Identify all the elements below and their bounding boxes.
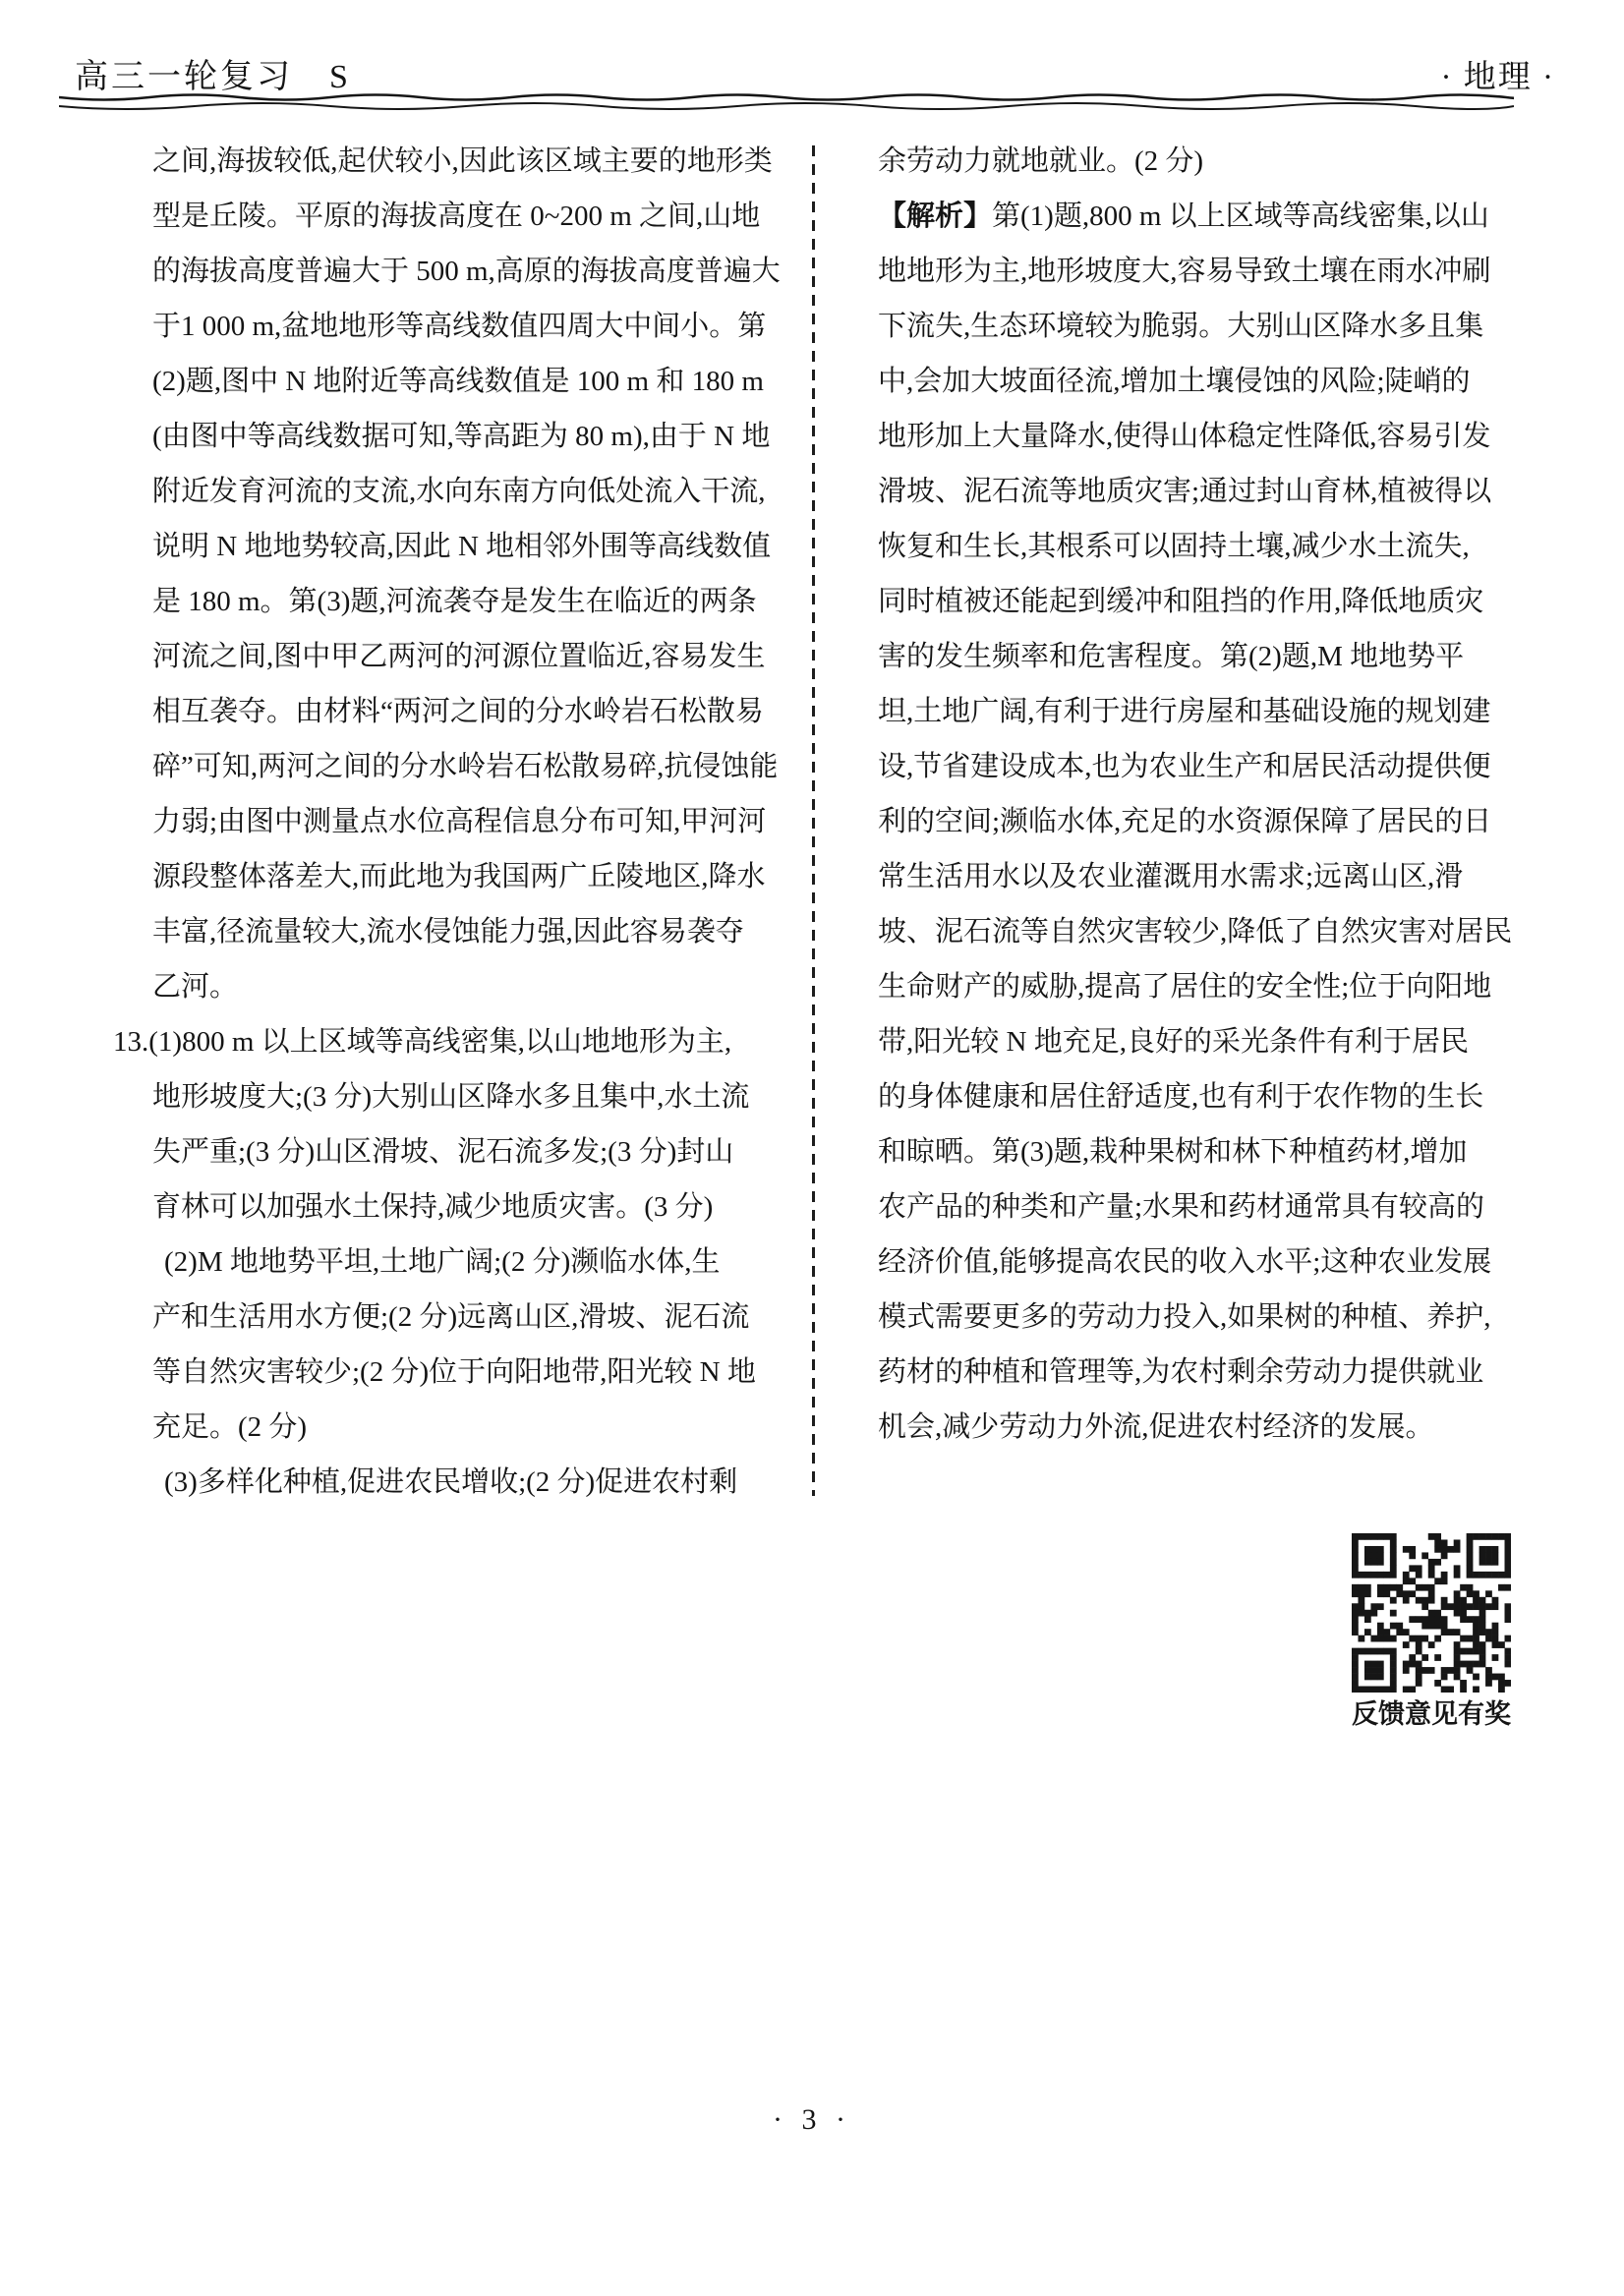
text-line: 坦,土地广阔,有利于进行房屋和基础设施的规划建 (878, 684, 1556, 739)
column-divider (812, 145, 815, 1496)
line-text: 害的发生频率和危害程度。第(2)题,M 地地势平 (878, 641, 1464, 672)
text-line: 13.(1)800 m 以上区域等高线密集,以山地地形为主, (113, 1014, 831, 1069)
text-line: 和晾晒。第(3)题,栽种果树和林下种植药材,增加 (878, 1124, 1556, 1179)
line-text: 农产品的种类和产量;水果和药材通常具有较高的 (878, 1191, 1484, 1223)
line-text: 和晾晒。第(3)题,栽种果树和林下种植药材,增加 (878, 1136, 1467, 1168)
line-text: 之间,海拔较低,起伏较小,因此该区域主要的地形类 (152, 145, 773, 177)
line-text: (2)题,图中 N 地附近等高线数值是 100 m 和 180 m (152, 366, 764, 397)
text-line: 经济价值,能够提高农民的收入水平;这种农业发展 (878, 1234, 1556, 1290)
line-text: 机会,减少劳动力外流,促进农村经济的发展。 (878, 1411, 1434, 1443)
line-text: 下流失,生态环境较为脆弱。大别山区降水多且集 (878, 311, 1483, 342)
text-line: (由图中等高线数据可知,等高距为 80 m),由于 N 地 (152, 409, 831, 464)
right-column: 余劳动力就地就业。(2 分)【解析】第(1)题,800 m 以上区域等高线密集,… (878, 134, 1556, 1455)
text-line: 乙河。 (152, 959, 831, 1014)
line-text: 第(1)题,800 m 以上区域等高线密集,以山 (992, 201, 1489, 232)
text-line: (2)M 地地势平坦,土地广阔;(2 分)濒临水体,生 (164, 1234, 831, 1290)
line-text: 河流之间,图中甲乙两河的河源位置临近,容易发生 (152, 641, 766, 672)
line-text: 碎”可知,两河之间的分水岭岩石松散易碎,抗侵蚀能 (152, 751, 778, 782)
line-text: 常生活用水以及农业灌溉用水需求;远离山区,滑 (878, 861, 1463, 892)
line-text: 坡、泥石流等自然灾害较少,降低了自然灾害对居民 (878, 916, 1512, 947)
text-line: 地形加上大量降水,使得山体稳定性降低,容易引发 (878, 409, 1556, 464)
line-text: 源段整体落差大,而此地为我国两广丘陵地区,降水 (152, 861, 766, 892)
line-text: 的身体健康和居住舒适度,也有利于农作物的生长 (878, 1081, 1483, 1113)
text-line: 说明 N 地地势较高,因此 N 地相邻外围等高线数值 (152, 519, 831, 574)
text-line: 型是丘陵。平原的海拔高度在 0~200 m 之间,山地 (152, 189, 831, 244)
text-line: 的身体健康和居住舒适度,也有利于农作物的生长 (878, 1069, 1556, 1124)
line-text: 乙河。 (152, 971, 238, 1003)
qr-caption: 反馈意见有奖 (1337, 1693, 1526, 1731)
line-text: (由图中等高线数据可知,等高距为 80 m),由于 N 地 (152, 421, 770, 452)
line-text: 力弱;由图中测量点水位高程信息分布可知,甲河河 (152, 806, 766, 837)
header-rule (59, 88, 1514, 118)
page-number: · 3 · (0, 2103, 1624, 2137)
line-text: 说明 N 地地势较高,因此 N 地相邻外围等高线数值 (152, 531, 771, 562)
text-line: 附近发育河流的支流,水向东南方向低处流入干流, (152, 464, 831, 519)
text-line: 地地形为主,地形坡度大,容易导致土壤在雨水冲刷 (878, 244, 1556, 299)
line-text: 相互袭夺。由材料“两河之间的分水岭岩石松散易 (152, 696, 764, 727)
text-line: 设,节省建设成本,也为农业生产和居民活动提供便 (878, 739, 1556, 794)
left-column: 之间,海拔较低,起伏较小,因此该区域主要的地形类型是丘陵。平原的海拔高度在 0~… (152, 134, 831, 1510)
text-line: 中,会加大坡面径流,增加土壤侵蚀的风险;陡峭的 (878, 354, 1556, 409)
line-text: 恢复和生长,其根系可以固持土壤,减少水土流失, (878, 531, 1470, 562)
line-text: 同时植被还能起到缓冲和阻挡的作用,降低地质灾 (878, 586, 1483, 617)
text-line: 碎”可知,两河之间的分水岭岩石松散易碎,抗侵蚀能 (152, 739, 831, 794)
text-line: 药材的种植和管理等,为农村剩余劳动力提供就业 (878, 1345, 1556, 1400)
line-text: 丰富,径流量较大,流水侵蚀能力强,因此容易袭夺 (152, 916, 744, 947)
line-text: 带,阳光较 N 地充足,良好的采光条件有利于居民 (878, 1026, 1469, 1058)
line-text: 充足。(2 分) (152, 1411, 307, 1443)
text-line: 失严重;(3 分)山区滑坡、泥石流多发;(3 分)封山 (152, 1124, 831, 1179)
text-line: 力弱;由图中测量点水位高程信息分布可知,甲河河 (152, 794, 831, 849)
qr-code (1352, 1533, 1511, 1693)
text-line: (2)题,图中 N 地附近等高线数值是 100 m 和 180 m (152, 354, 831, 409)
text-line: 【解析】第(1)题,800 m 以上区域等高线密集,以山 (878, 189, 1556, 244)
line-text: 于1 000 m,盆地地形等高线数值四周大中间小。第 (152, 311, 766, 342)
line-text: 附近发育河流的支流,水向东南方向低处流入干流, (152, 476, 766, 507)
line-text: 坦,土地广阔,有利于进行房屋和基础设施的规划建 (878, 696, 1491, 727)
text-line: 余劳动力就地就业。(2 分) (878, 134, 1556, 189)
line-text: 失严重;(3 分)山区滑坡、泥石流多发;(3 分)封山 (152, 1136, 733, 1168)
line-text: 利的空间;濒临水体,充足的水资源保障了居民的日 (878, 806, 1491, 837)
line-text: 设,节省建设成本,也为农业生产和居民活动提供便 (878, 751, 1491, 782)
line-text: 地地形为主,地形坡度大,容易导致土壤在雨水冲刷 (878, 256, 1491, 287)
text-line: 农产品的种类和产量;水果和药材通常具有较高的 (878, 1179, 1556, 1234)
text-line: 源段整体落差大,而此地为我国两广丘陵地区,降水 (152, 849, 831, 904)
line-text: (3)多样化种植,促进农民增收;(2 分)促进农村剩 (164, 1466, 737, 1498)
text-line: 利的空间;濒临水体,充足的水资源保障了居民的日 (878, 794, 1556, 849)
line-text: 等自然灾害较少;(2 分)位于向阳地带,阳光较 N 地 (152, 1356, 756, 1388)
text-line: 常生活用水以及农业灌溉用水需求;远离山区,滑 (878, 849, 1556, 904)
line-text: 13.(1)800 m 以上区域等高线密集,以山地地形为主, (113, 1026, 731, 1058)
text-line: 河流之间,图中甲乙两河的河源位置临近,容易发生 (152, 629, 831, 684)
text-line: 带,阳光较 N 地充足,良好的采光条件有利于居民 (878, 1014, 1556, 1069)
line-text: 中,会加大坡面径流,增加土壤侵蚀的风险;陡峭的 (878, 366, 1471, 397)
text-line: 产和生活用水方便;(2 分)远离山区,滑坡、泥石流 (152, 1290, 831, 1345)
text-line: 害的发生频率和危害程度。第(2)题,M 地地势平 (878, 629, 1556, 684)
text-line: 模式需要更多的劳动力投入,如果树的种植、养护, (878, 1290, 1556, 1345)
bold-label: 【解析】 (878, 201, 992, 232)
line-text: 育林可以加强水土保持,减少地质灾害。(3 分) (152, 1191, 713, 1223)
text-line: 恢复和生长,其根系可以固持土壤,减少水土流失, (878, 519, 1556, 574)
line-text: 型是丘陵。平原的海拔高度在 0~200 m 之间,山地 (152, 201, 760, 232)
text-line: 等自然灾害较少;(2 分)位于向阳地带,阳光较 N 地 (152, 1345, 831, 1400)
text-line: 同时植被还能起到缓冲和阻挡的作用,降低地质灾 (878, 574, 1556, 629)
line-text: 是 180 m。第(3)题,河流袭夺是发生在临近的两条 (152, 586, 757, 617)
text-line: (3)多样化种植,促进农民增收;(2 分)促进农村剩 (164, 1455, 831, 1510)
text-line: 充足。(2 分) (152, 1400, 831, 1455)
line-text: 地形坡度大;(3 分)大别山区降水多且集中,水土流 (152, 1081, 749, 1113)
text-line: 于1 000 m,盆地地形等高线数值四周大中间小。第 (152, 299, 831, 354)
text-line: 是 180 m。第(3)题,河流袭夺是发生在临近的两条 (152, 574, 831, 629)
text-line: 生命财产的威胁,提高了居住的安全性;位于向阳地 (878, 959, 1556, 1014)
line-text: (2)M 地地势平坦,土地广阔;(2 分)濒临水体,生 (164, 1246, 720, 1278)
line-text: 余劳动力就地就业。(2 分) (878, 145, 1203, 177)
text-line: 机会,减少劳动力外流,促进农村经济的发展。 (878, 1400, 1556, 1455)
line-text: 的海拔高度普遍大于 500 m,高原的海拔高度普遍大 (152, 256, 781, 287)
line-text: 产和生活用水方便;(2 分)远离山区,滑坡、泥石流 (152, 1301, 749, 1333)
text-line: 的海拔高度普遍大于 500 m,高原的海拔高度普遍大 (152, 244, 831, 299)
text-line: 相互袭夺。由材料“两河之间的分水岭岩石松散易 (152, 684, 831, 739)
line-text: 模式需要更多的劳动力投入,如果树的种植、养护, (878, 1301, 1491, 1333)
line-text: 滑坡、泥石流等地质灾害;通过封山育林,植被得以 (878, 476, 1491, 507)
line-text: 地形加上大量降水,使得山体稳定性降低,容易引发 (878, 421, 1491, 452)
text-line: 坡、泥石流等自然灾害较少,降低了自然灾害对居民 (878, 904, 1556, 959)
text-line: 滑坡、泥石流等地质灾害;通过封山育林,植被得以 (878, 464, 1556, 519)
line-text: 药材的种植和管理等,为农村剩余劳动力提供就业 (878, 1356, 1483, 1388)
text-line: 地形坡度大;(3 分)大别山区降水多且集中,水土流 (152, 1069, 831, 1124)
document-page: 高三一轮复习 S · 地理 · 之间,海拔较低,起伏较小,因此该区域主要的地形类… (0, 0, 1624, 2296)
text-line: 丰富,径流量较大,流水侵蚀能力强,因此容易袭夺 (152, 904, 831, 959)
text-line: 育林可以加强水土保持,减少地质灾害。(3 分) (152, 1179, 831, 1234)
line-text: 经济价值,能够提高农民的收入水平;这种农业发展 (878, 1246, 1491, 1278)
text-line: 之间,海拔较低,起伏较小,因此该区域主要的地形类 (152, 134, 831, 189)
text-line: 下流失,生态环境较为脆弱。大别山区降水多且集 (878, 299, 1556, 354)
line-text: 生命财产的威胁,提高了居住的安全性;位于向阳地 (878, 971, 1491, 1003)
